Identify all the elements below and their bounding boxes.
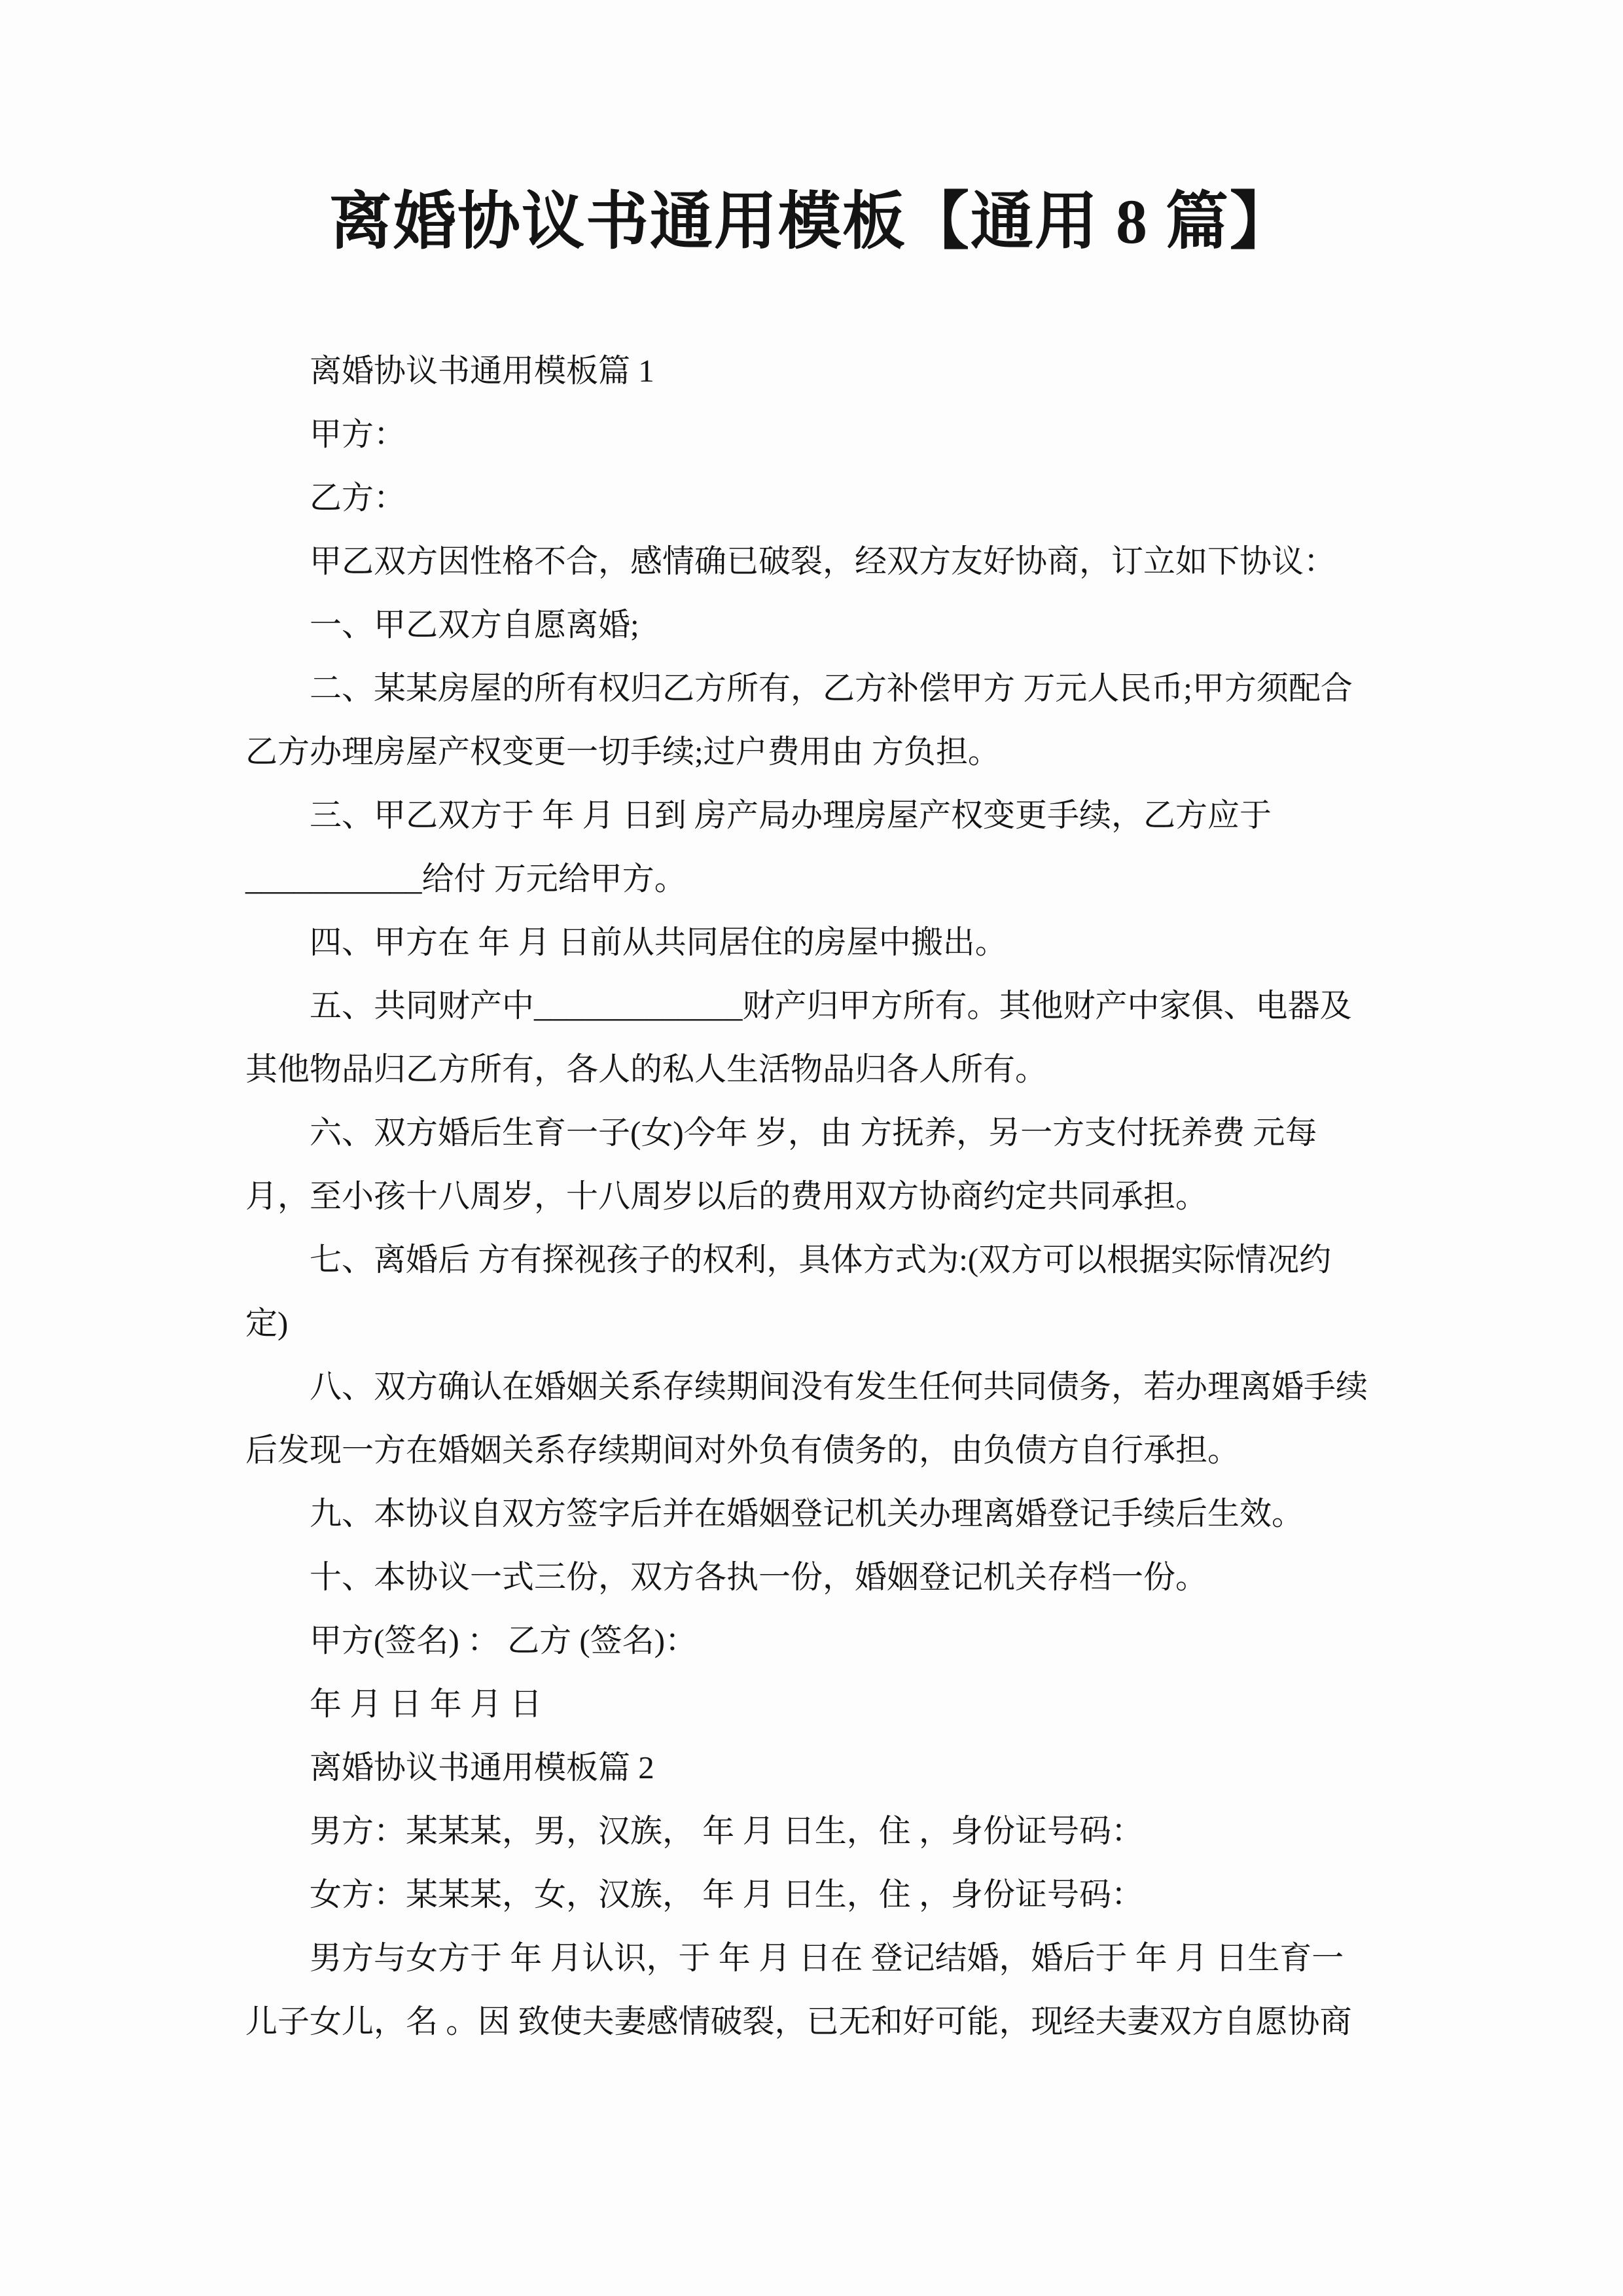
document-line: 八、双方确认在婚姻关系存续期间没有发生任何共同债务，若办理离婚手续 — [245, 1355, 1384, 1418]
document-line: 月，至小孩十八周岁，十八周岁以后的费用双方协商约定共同承担。 — [245, 1164, 1384, 1228]
document-line: 甲方： — [245, 403, 1384, 466]
document-line: 四、甲方在 年 月 日前从共同居住的房屋中搬出。 — [245, 910, 1384, 974]
document-line: 十、本协议一式三份，双方各执一份，婚姻登记机关存档一份。 — [245, 1545, 1384, 1609]
document-page: 离婚协议书通用模板【通用 8 篇】 离婚协议书通用模板篇 1甲方：乙方：甲乙双方… — [0, 0, 1623, 2296]
document-line: 离婚协议书通用模板篇 1 — [245, 339, 1384, 403]
document-line: ___________给付 万元给甲方。 — [245, 847, 1384, 910]
document-line: 乙方办理房屋产权变更一切手续;过户费用由 方负担。 — [245, 720, 1384, 783]
document-line: 二、某某房屋的所有权归乙方所有，乙方补偿甲方 万元人民币;甲方须配合 — [245, 656, 1384, 720]
document-body: 离婚协议书通用模板篇 1甲方：乙方：甲乙双方因性格不合，感情确已破裂，经双方友好… — [245, 339, 1384, 2053]
document-line: 甲乙双方因性格不合，感情确已破裂，经双方友好协商，订立如下协议： — [245, 529, 1384, 593]
document-line: 儿子女儿，名 。因 致使夫妻感情破裂，已无和好可能，现经夫妻双方自愿协商 — [245, 1990, 1384, 2053]
document-line: 六、双方婚后生育一子(女)今年 岁，由 方抚养，另一方支付抚养费 元每 — [245, 1101, 1384, 1164]
document-line: 离婚协议书通用模板篇 2 — [245, 1736, 1384, 1799]
document-line: 年 月 日 年 月 日 — [245, 1672, 1384, 1736]
document-line: 九、本协议自双方签字后并在婚姻登记机关办理离婚登记手续后生效。 — [245, 1482, 1384, 1545]
document-line: 男方与女方于 年 月认识，于 年 月 日在 登记结婚，婚后于 年 月 日生育一 — [245, 1926, 1384, 1990]
document-line: 甲方(签名) ： 乙方 (签名)： — [245, 1609, 1384, 1672]
document-line: 七、离婚后 方有探视孩子的权利，具体方式为:(双方可以根据实际情况约 — [245, 1228, 1384, 1291]
document-line: 其他物品归乙方所有，各人的私人生活物品归各人所有。 — [245, 1037, 1384, 1101]
document-title: 离婚协议书通用模板【通用 8 篇】 — [0, 171, 1623, 261]
document-line: 一、甲乙双方自愿离婚; — [245, 593, 1384, 656]
document-line: 定) — [245, 1291, 1384, 1355]
document-line: 三、甲乙双方于 年 月 日到 房产局办理房屋产权变更手续，乙方应于 — [245, 783, 1384, 847]
document-line: 乙方： — [245, 466, 1384, 529]
document-line: 后发现一方在婚姻关系存续期间对外负有债务的，由负债方自行承担。 — [245, 1418, 1384, 1482]
document-line: 男方：某某某，男，汉族， 年 月 日生，住 ，身份证号码： — [245, 1799, 1384, 1863]
document-line: 女方：某某某，女，汉族， 年 月 日生，住 ，身份证号码： — [245, 1863, 1384, 1926]
document-line: 五、共同财产中_____________财产归甲方所有。其他财产中家俱、电器及 — [245, 974, 1384, 1037]
